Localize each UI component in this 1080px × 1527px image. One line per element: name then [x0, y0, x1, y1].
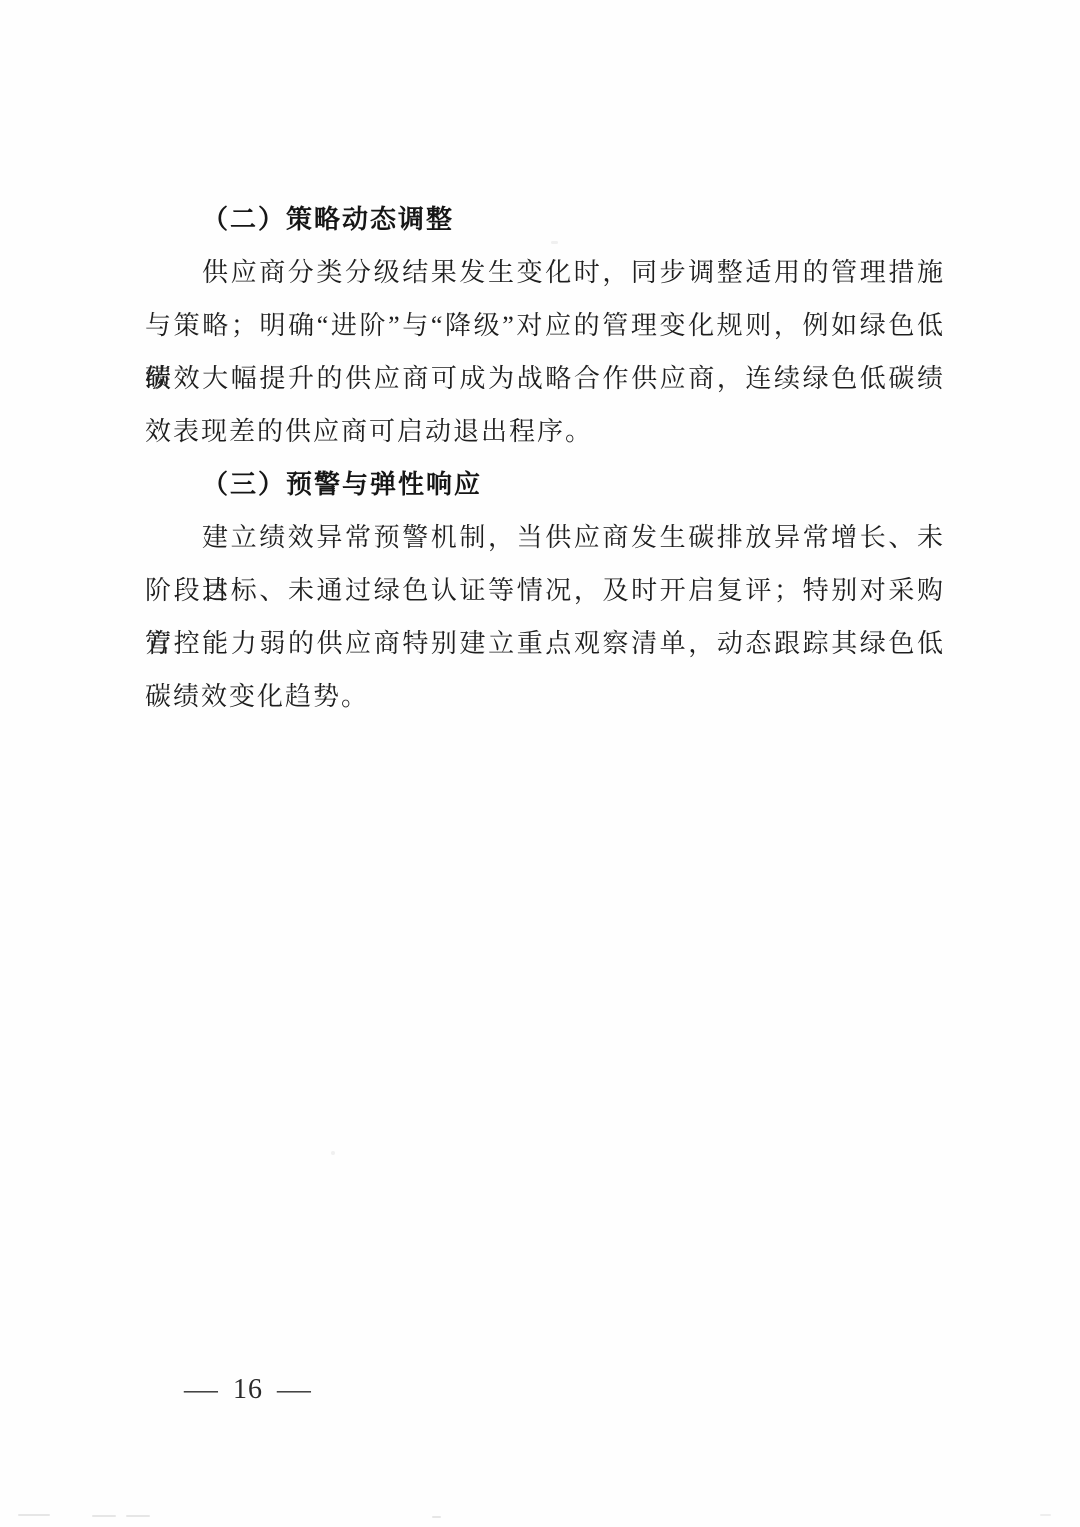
section-heading-2: （二）策略动态调整 — [145, 193, 945, 246]
paragraph-line: 碳绩效变化趋势。 — [145, 670, 945, 723]
paragraph-line: 阶段目标、未通过绿色认证等情况，及时开启复评；特别对采购方 — [145, 564, 945, 617]
paragraph-line: 与策略；明确“进阶”与“降级”对应的管理变化规则，例如绿色低碳 — [145, 299, 945, 352]
paragraph-line: 管控能力弱的供应商特别建立重点观察清单，动态跟踪其绿色低 — [145, 617, 945, 670]
paragraph-line: 供应商分类分级结果发生变化时，同步调整适用的管理措施 — [145, 246, 945, 299]
paragraph-line: 绩效大幅提升的供应商可成为战略合作供应商，连续绿色低碳绩 — [145, 352, 945, 405]
scan-artifact — [432, 1516, 441, 1518]
paragraph-line: 建立绩效异常预警机制，当供应商发生碳排放异常增长、未达 — [145, 511, 945, 564]
scan-artifact — [551, 241, 558, 244]
page-number-footer: — 16 — — [188, 1368, 308, 1412]
section-heading-3: （三）预警与弹性响应 — [145, 458, 945, 511]
page-number-left-dash: — — [184, 1375, 219, 1405]
scan-artifact — [126, 1515, 150, 1517]
document-text-block: （二）策略动态调整 供应商分类分级结果发生变化时，同步调整适用的管理措施 与策略… — [145, 193, 945, 723]
page-number: 16 — [233, 1374, 263, 1406]
scan-artifact — [92, 1515, 116, 1517]
document-page: （二）策略动态调整 供应商分类分级结果发生变化时，同步调整适用的管理措施 与策略… — [0, 0, 1080, 1527]
scan-artifact — [18, 1514, 50, 1516]
paragraph-line: 效表现差的供应商可启动退出程序。 — [145, 405, 945, 458]
page-number-right-dash: — — [277, 1375, 312, 1405]
scan-artifact — [1040, 1514, 1051, 1516]
scan-artifact — [331, 1151, 335, 1155]
